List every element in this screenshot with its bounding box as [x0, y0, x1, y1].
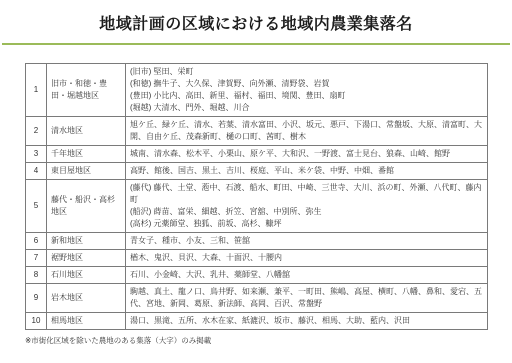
settlement-list: (旧市) 堅田、栄町(和徳) 撫牛子、大久保、津賀野、向外瀬、清野袋、岩賀(豊田… [126, 64, 488, 117]
settlement-line: 高野、館後、国吉、黒土、吉川、桜庭、平山、米ケ袋、中野、中畑、番館 [130, 165, 483, 177]
page-title: 地域計画の区域における地域内農業集落名 [0, 0, 512, 34]
row-number: 8 [26, 267, 47, 284]
district-table: 1旧市・和徳・豊田・堀越地区(旧市) 堅田、栄町(和徳) 撫牛子、大久保、津賀野… [25, 63, 488, 330]
table-body: 1旧市・和徳・豊田・堀越地区(旧市) 堅田、栄町(和徳) 撫牛子、大久保、津賀野… [26, 64, 488, 330]
table-row: 2清水地区旭ケ丘、緑ケ丘、清水、若葉、清水富田、小沢、坂元、悪戸、下湯口、常盤坂… [26, 117, 488, 146]
settlement-list: 楢木、鬼沢、貝沢、大森、十面沢、十腰内 [126, 250, 488, 267]
table-row: 10相馬地区湯口、黒滝、五所、水木在家、紙漉沢、坂市、藤沢、相馬、大助、藍内、沢… [26, 313, 488, 330]
settlement-line: 青女子、種市、小友、三和、笹舘 [130, 235, 483, 247]
table-row: 4東目屋地区高野、館後、国吉、黒土、吉川、桜庭、平山、米ケ袋、中野、中畑、番館 [26, 163, 488, 180]
settlement-line: 石川、小金崎、大沢、乳井、薬師堂、八幡舘 [130, 269, 483, 281]
settlement-list: 高野、館後、国吉、黒土、吉川、桜庭、平山、米ケ袋、中野、中畑、番館 [126, 163, 488, 180]
district-name: 新和地区 [47, 233, 126, 250]
district-name: 千年地区 [47, 146, 126, 163]
row-number: 7 [26, 250, 47, 267]
settlement-line: (藤代) 藤代、土堂、萢中、石渡、船水、町田、中崎、三世寺、大川、浜の町、外瀬、… [130, 182, 483, 206]
settlement-list: 石川、小金崎、大沢、乳井、薬師堂、八幡舘 [126, 267, 488, 284]
title-accent-rule [2, 43, 510, 45]
settlement-line: (旧市) 堅田、栄町 [130, 66, 483, 78]
row-number: 1 [26, 64, 47, 117]
table-row: 9岩木地区駒越、真土、龍ノ口、鳥井野、如来瀬、兼平、一町田、熊嶋、高屋、横町、八… [26, 284, 488, 313]
district-name: 相馬地区 [47, 313, 126, 330]
footnote: ※市街化区域を除いた農地のある集落（大字）のみ掲載 [25, 335, 512, 346]
settlement-list: (藤代) 藤代、土堂、萢中、石渡、船水、町田、中崎、三世寺、大川、浜の町、外瀬、… [126, 180, 488, 233]
settlement-line: (和徳) 撫牛子、大久保、津賀野、向外瀬、清野袋、岩賀 [130, 78, 483, 90]
table-row: 7裾野地区楢木、鬼沢、貝沢、大森、十面沢、十腰内 [26, 250, 488, 267]
row-number: 3 [26, 146, 47, 163]
district-name: 旧市・和徳・豊田・堀越地区 [47, 64, 126, 117]
settlement-list: 青女子、種市、小友、三和、笹舘 [126, 233, 488, 250]
row-number: 2 [26, 117, 47, 146]
settlement-line: 城南、清水森、松木平、小栗山、原ケ平、大和沢、一野渡、富士見台、狼森、山崎、館野 [130, 148, 483, 160]
settlement-line: 楢木、鬼沢、貝沢、大森、十面沢、十腰内 [130, 252, 483, 264]
table-row: 5藤代・船沢・高杉地区(藤代) 藤代、土堂、萢中、石渡、船水、町田、中崎、三世寺… [26, 180, 488, 233]
table-row: 1旧市・和徳・豊田・堀越地区(旧市) 堅田、栄町(和徳) 撫牛子、大久保、津賀野… [26, 64, 488, 117]
row-number: 10 [26, 313, 47, 330]
settlement-list: 駒越、真土、龍ノ口、鳥井野、如来瀬、兼平、一町田、熊嶋、高屋、横町、八幡、鼻和、… [126, 284, 488, 313]
district-name: 石川地区 [47, 267, 126, 284]
settlement-line: 駒越、真土、龍ノ口、鳥井野、如来瀬、兼平、一町田、熊嶋、高屋、横町、八幡、鼻和、… [130, 286, 483, 310]
settlement-list: 城南、清水森、松木平、小栗山、原ケ平、大和沢、一野渡、富士見台、狼森、山崎、館野 [126, 146, 488, 163]
settlement-line: (堀越) 大清水、門外、堀越、川合 [130, 102, 483, 114]
district-name: 東目屋地区 [47, 163, 126, 180]
district-table-container: 1旧市・和徳・豊田・堀越地区(旧市) 堅田、栄町(和徳) 撫牛子、大久保、津賀野… [25, 63, 488, 330]
settlement-line: (豊田) 小比内、高田、新里、福村、福田、境関、豊田、扇町 [130, 90, 483, 102]
district-name: 岩木地区 [47, 284, 126, 313]
table-row: 3千年地区城南、清水森、松木平、小栗山、原ケ平、大和沢、一野渡、富士見台、狼森、… [26, 146, 488, 163]
row-number: 9 [26, 284, 47, 313]
row-number: 6 [26, 233, 47, 250]
table-row: 6新和地区青女子、種市、小友、三和、笹舘 [26, 233, 488, 250]
settlement-line: 旭ケ丘、緑ケ丘、清水、若葉、清水富田、小沢、坂元、悪戸、下湯口、常盤坂、大原、清… [130, 119, 483, 143]
table-row: 8石川地区石川、小金崎、大沢、乳井、薬師堂、八幡舘 [26, 267, 488, 284]
district-name: 藤代・船沢・高杉地区 [47, 180, 126, 233]
settlement-line: 湯口、黒滝、五所、水木在家、紙漉沢、坂市、藤沢、相馬、大助、藍内、沢田 [130, 315, 483, 327]
row-number: 4 [26, 163, 47, 180]
settlement-list: 湯口、黒滝、五所、水木在家、紙漉沢、坂市、藤沢、相馬、大助、藍内、沢田 [126, 313, 488, 330]
district-name: 清水地区 [47, 117, 126, 146]
settlement-line: (高杉) 元薬師堂、独狐、前坂、高杉、糠坪 [130, 218, 483, 230]
settlement-list: 旭ケ丘、緑ケ丘、清水、若葉、清水富田、小沢、坂元、悪戸、下湯口、常盤坂、大原、清… [126, 117, 488, 146]
settlement-line: (船沢) 蒔苗、富栄、細越、折笠、宮舘、中別所、弥生 [130, 206, 483, 218]
row-number: 5 [26, 180, 47, 233]
district-name: 裾野地区 [47, 250, 126, 267]
